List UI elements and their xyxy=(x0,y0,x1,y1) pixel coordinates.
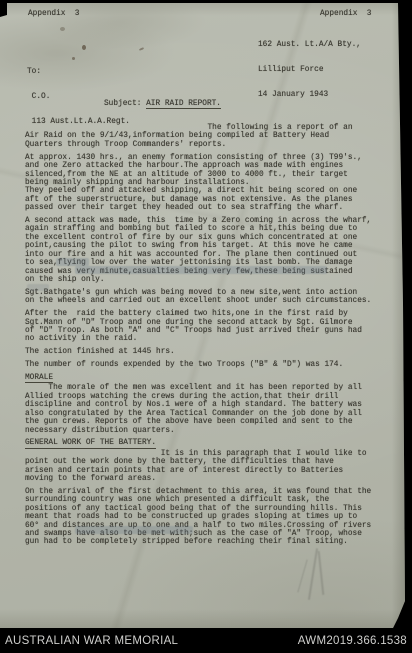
footer-item-id: AWM2019.366.1538 xyxy=(298,635,407,647)
paper-damage-spot xyxy=(60,27,65,31)
document-line: Sgt.Mann of "D" Troop and one during the… xyxy=(25,319,389,327)
document-line: and one Zero attacked the harbour.The ap… xyxy=(25,162,389,170)
document-line: Quarters through Troop Commanders' repor… xyxy=(25,141,389,149)
document-line: gun had to be completely stripped before… xyxy=(25,538,389,546)
subject-title: AIR RAID REPORT. xyxy=(146,100,221,109)
document-line: Air Raid on the 9/1/43,information being… xyxy=(25,132,389,140)
document-line: necessary distribution quarters. xyxy=(25,427,389,435)
document-line: The action finished at 1445 hrs. xyxy=(25,348,389,356)
paragraph: It is in this paragraph that I would lik… xyxy=(25,450,389,484)
paragraph: Sgt.Bathgate's gun which was being moved… xyxy=(25,289,389,306)
paragraph: The following is a report of anAir Raid … xyxy=(25,124,389,149)
document-line: surrounding country was one which presen… xyxy=(25,496,389,504)
ink-smudge xyxy=(27,284,49,291)
force-name-line: Lilliput Force xyxy=(258,66,361,74)
report-body: The following is a report of anAir Raid … xyxy=(25,124,389,551)
ink-smudge xyxy=(75,266,327,274)
paragraph: The action finished at 1445 hrs. xyxy=(25,348,389,356)
paragraph: At approx. 1430 hrs., an enemy formation… xyxy=(25,154,389,213)
unit-name-line: 162 Aust. Lt.A/A Bty., xyxy=(258,41,361,49)
addressee-to-line: To: xyxy=(27,68,130,76)
appendix-label-right: Appendix 3 xyxy=(320,10,371,18)
ink-smudge xyxy=(56,258,89,266)
paper-damage-spot xyxy=(139,47,144,51)
section-heading: MORALE xyxy=(25,374,389,383)
document-line: point out the work done by the battery, … xyxy=(25,458,389,466)
pencil-mark xyxy=(308,548,318,600)
document-line: GENERAL WORK OF THE BATTERY. xyxy=(25,439,156,448)
subject-label: Subject: xyxy=(104,100,146,108)
document-line: discipline and control by Nos.1 were of … xyxy=(25,401,389,409)
document-line: point,causing the pilot to swing from hi… xyxy=(25,242,389,250)
pencil-mark xyxy=(318,551,324,595)
paragraph: A second attack was made, this time by a… xyxy=(25,217,389,284)
document-line: aft of the superstructure, but damage wa… xyxy=(25,196,389,204)
document-line: on the wheels and carried out an excelle… xyxy=(25,297,389,305)
paragraph: The morale of the men was excellent and … xyxy=(25,384,389,434)
footer-archive-name: AUSTRALIAN WAR MEMORIAL xyxy=(5,635,178,647)
document-line: also congratulated by the Area Tactical … xyxy=(25,410,389,418)
document-line: the gun crews. Reports of the above have… xyxy=(25,418,389,426)
subject-line: Subject: AIR RAID REPORT. xyxy=(104,100,221,108)
document-line: moving to the forward areas. xyxy=(25,475,389,483)
document-line: It is in this paragraph that I would lik… xyxy=(25,450,389,458)
document-line: The number of rounds expended by the two… xyxy=(25,361,389,369)
ink-smudge xyxy=(75,526,193,534)
paper-damage-spot xyxy=(72,57,75,60)
document-paper: Appendix 3 Appendix 3 162 Aust. Lt.A/A B… xyxy=(0,3,406,628)
document-line: The morale of the men was excellent and … xyxy=(25,384,389,392)
appendix-label-left: Appendix 3 xyxy=(28,10,79,18)
paper-damage-spot xyxy=(82,45,86,50)
document-line: on the ship only. xyxy=(25,276,389,284)
document-line: They peeled off and attacked shipping, a… xyxy=(25,187,389,195)
paragraph: On the arrival of the first detachment t… xyxy=(25,488,389,547)
document-line: passed over their target they headed out… xyxy=(25,204,389,212)
document-line: again straffing and bombing but failed t… xyxy=(25,225,389,233)
paragraph: The number of rounds expended by the two… xyxy=(25,361,389,369)
scanned-page: Appendix 3 Appendix 3 162 Aust. Lt.A/A B… xyxy=(0,0,412,653)
document-line: no activity in the raid. xyxy=(25,335,389,343)
document-line: silenced,from the NE at an altitude of 3… xyxy=(25,171,389,179)
paragraph: After the raid the battery claimed two h… xyxy=(25,310,389,344)
document-line: Sgt.Bathgate's gun which was being moved… xyxy=(25,289,389,297)
awm-footer-bar: AUSTRALIAN WAR MEMORIAL AWM2019.366.1538 xyxy=(0,628,412,653)
document-line: MORALE xyxy=(25,374,53,383)
section-heading: GENERAL WORK OF THE BATTERY. xyxy=(25,439,389,448)
document-line: At approx. 1430 hrs., an enemy formation… xyxy=(25,154,389,162)
date-line: 14 January 1943 xyxy=(258,91,361,99)
document-line: meant that roads had to be constructed u… xyxy=(25,513,389,521)
pencil-mark xyxy=(297,560,307,593)
document-line: After the raid the battery claimed two h… xyxy=(25,310,389,318)
document-line: arisen and certain points that are of in… xyxy=(25,467,389,475)
letterhead-block: 162 Aust. Lt.A/A Bty., Lilliput Force 14… xyxy=(258,24,361,116)
document-line: positions of any tactical good being tha… xyxy=(25,505,389,513)
